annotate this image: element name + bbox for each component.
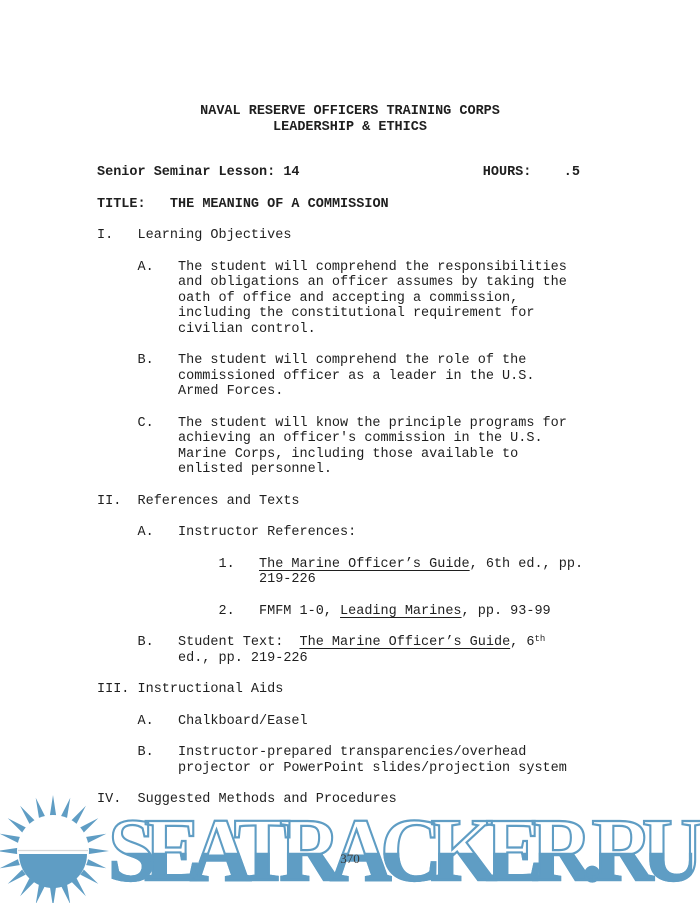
reference-2-text: FMFM 1-0, Leading Marines, pp. 93-99 [259,604,551,620]
section-numeral: II. [97,494,138,510]
student-text-mid: , 6 [510,635,534,650]
header-line-1: NAVAL RESERVE OFFICERS TRAINING CORPS [0,104,700,120]
item-label: C. [138,416,179,478]
objective-b-text: The student will comprehend the role of … [178,353,534,400]
objective-c: C.The student will know the principle pr… [138,416,700,478]
student-text-item: B.Student Text: The Marine Officer’s Gui… [138,635,700,666]
section-heading: References and Texts [138,494,300,510]
section-heading: Learning Objectives [138,228,292,244]
reference-item-1: 1.The Marine Officer’s Guide, 6th ed., p… [219,557,700,588]
section-suggested-methods: IV.Suggested Methods and Procedures [97,792,700,808]
header-line-2: LEADERSHIP & ETHICS [0,120,700,136]
section-instructional-aids: III.Instructional Aids [97,682,700,698]
student-text-book-title: The Marine Officer’s Guide [300,635,511,650]
item-label: A. [138,525,179,541]
item-label: A. [138,714,179,730]
section-heading: Instructional Aids [138,682,284,698]
lesson-meta-row: Senior Seminar Lesson: 14HOURS: .5 [97,165,580,181]
instructor-references: A.Instructor References: [138,525,700,541]
item-label: B. [138,635,179,666]
item-label: 2. [219,604,260,620]
document-content: NAVAL RESERVE OFFICERS TRAINING CORPS LE… [0,0,700,808]
sun-icon [0,794,110,903]
item-label: B. [138,745,179,776]
hours-label: HOURS: .5 [483,165,580,181]
section-numeral: IV. [97,792,138,808]
reference-2-prefix: FMFM 1-0, [259,604,340,619]
aid-b: B.Instructor-prepared transparencies/ove… [138,745,700,776]
document-page: NAVAL RESERVE OFFICERS TRAINING CORPS LE… [0,0,700,903]
aid-a: A.Chalkboard/Easel [138,714,700,730]
section-learning-objectives: I.Learning Objectives [97,228,700,244]
student-text-detail: ed., pp. 219-226 [178,651,308,666]
section-numeral: I. [97,228,138,244]
page-number: 370 [0,851,700,866]
aid-b-text: Instructor-prepared transparencies/overh… [178,745,567,776]
objective-b: B.The student will comprehend the role o… [138,353,700,400]
student-text: Student Text: The Marine Officer’s Guide… [178,635,545,666]
student-text-prefix: Student Text: [178,635,300,650]
section-heading: Suggested Methods and Procedures [138,792,397,808]
objective-a: A.The student will comprehend the respon… [138,260,700,338]
reference-1-text: The Marine Officer’s Guide, 6th ed., pp.… [259,557,583,588]
reference-1-book-title: The Marine Officer’s Guide [259,557,470,572]
item-label: 1. [219,557,260,588]
document-title: TITLE: THE MEANING OF A COMMISSION [97,197,700,213]
objective-c-text: The student will know the principle prog… [178,416,567,478]
item-label: A. [138,260,179,338]
section-numeral: III. [97,682,138,698]
lesson-number-label: Senior Seminar Lesson: 14 [97,165,300,181]
objective-a-text: The student will comprehend the responsi… [178,260,567,338]
reference-item-2: 2.FMFM 1-0, Leading Marines, pp. 93-99 [219,604,700,620]
section-references: II.References and Texts [97,494,700,510]
instructor-references-text: Instructor References: [178,525,356,541]
ordinal-superscript: th [534,634,545,644]
aid-a-text: Chalkboard/Easel [178,714,308,730]
reference-2-book-title: Leading Marines [340,604,462,619]
reference-2-detail: , pp. 93-99 [462,604,551,619]
item-label: B. [138,353,179,400]
